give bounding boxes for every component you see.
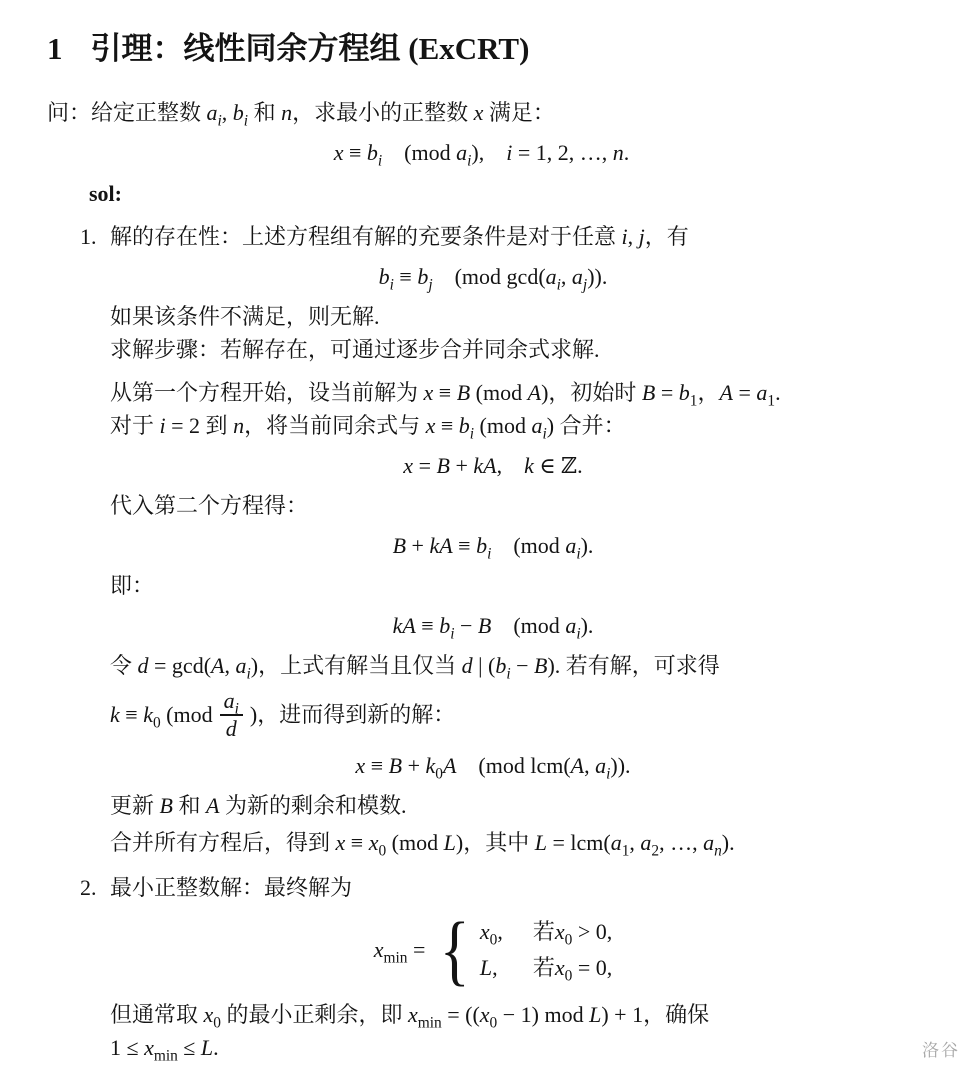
paragraph-let-d: 令 d = gcd(A, ai)，上式有解当且仅当 d | (bi − B). … — [110, 649, 916, 682]
equation-ka-congruence: kA ≡ bi − B (mod ai). — [110, 609, 876, 642]
document-page: 1引理：线性同余方程组 (ExCRT) 问：给定正整数 ai, bi 和 n，求… — [0, 0, 978, 1080]
equation-congruence-system: x ≡ bi (mod ai), i = 1, 2, …, n. — [47, 136, 916, 169]
cases-lhs: xmin = — [374, 937, 426, 963]
cases-row-2-value: L, — [480, 951, 503, 984]
section-number: 1 — [47, 31, 63, 66]
paragraph-final: 但通常取 x0 的最小正剩余，即 xmin = ((x0 − 1) mod L)… — [110, 998, 916, 1064]
k-solution-after: )，进而得到新的解： — [250, 698, 455, 731]
list-marker-1: 1. — [80, 220, 97, 253]
paragraph-after-merge: 合并所有方程后，得到 x ≡ x0 (mod L)，其中 L = lcm(a1,… — [110, 826, 916, 859]
equation-x-form: x = B + kA, k ∈ ℤ. — [110, 449, 876, 482]
paragraph-question: 问：给定正整数 ai, bi 和 n，求最小的正整数 x 满足： — [47, 96, 916, 129]
paragraph-no-solution: 如果该条件不满足，则无解. — [110, 300, 916, 333]
equation-existence-condition: bi ≡ bj (mod gcd(ai, aj)). — [110, 260, 876, 293]
list-item-1: 1. 解的存在性：上述方程组有解的充要条件是对于任意 i, j，有 bi ≡ b… — [47, 220, 916, 859]
paragraph-procedure: 求解步骤：若解存在，可通过逐步合并同余式求解. — [110, 333, 916, 366]
paragraph-merge-setup: 从第一个方程开始，设当前解为 x ≡ B (mod A)，初始时 B = b1，… — [110, 376, 916, 442]
equation-new-solution: x ≡ B + k0A (mod lcm(A, ai)). — [110, 749, 876, 782]
section-heading: 1引理：线性同余方程组 (ExCRT) — [47, 30, 916, 68]
cases-rows: x0, 若x0 > 0, L, 若x0 = 0, — [480, 915, 612, 984]
paragraph-that-is: 即： — [110, 569, 916, 602]
fraction-numerator: ai — [220, 688, 243, 714]
section-title: 引理：线性同余方程组 (ExCRT) — [91, 31, 530, 66]
equation-cases: xmin = { x0, 若x0 > 0, L, 若x0 = 0, — [110, 912, 876, 988]
cases-row-1-condition: 若x0 > 0, — [533, 915, 612, 948]
fraction-ai-over-d: ai d — [220, 688, 243, 742]
cases-row-1-value: x0, — [480, 915, 503, 948]
cases-brace: { — [440, 912, 470, 988]
paragraph-substitute: 代入第二个方程得： — [110, 489, 916, 522]
paragraph-min-solution: 最小正整数解：最终解为 — [110, 871, 916, 904]
watermark-luogu: 洛谷 — [922, 1036, 960, 1061]
paragraph-update: 更新 B 和 A 为新的剩余和模数. — [110, 789, 916, 822]
cases-row-2-condition: 若x0 = 0, — [533, 951, 612, 984]
paragraph-k-solution: k ≡ k0 (mod ai d )，进而得到新的解： — [110, 688, 916, 742]
k-solution-before: k ≡ k0 (mod — [110, 698, 213, 731]
equation-substituted: B + kA ≡ bi (mod ai). — [110, 529, 876, 562]
fraction-denominator: d — [222, 716, 241, 742]
sol-label: sol: — [47, 177, 916, 210]
list-item-2: 2. 最小正整数解：最终解为 xmin = { x0, 若x0 > 0, L, … — [47, 871, 916, 1064]
paragraph-existence: 解的存在性：上述方程组有解的充要条件是对于任意 i, j，有 — [110, 220, 916, 253]
list-marker-2: 2. — [80, 871, 97, 904]
